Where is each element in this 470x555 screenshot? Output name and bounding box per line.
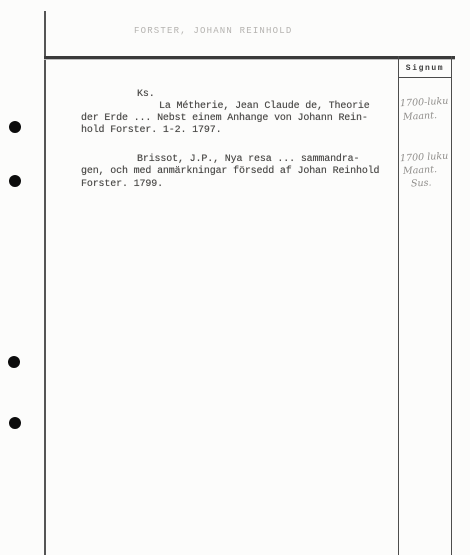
entry1-signum-handwriting: Maant.: [403, 109, 438, 124]
catalog-card-page: FORSTER, JOHANN REINHOLD Signum Ks. La M…: [0, 0, 470, 555]
entry1-classmark: Ks.: [137, 89, 155, 100]
punch-hole-icon: [9, 121, 21, 133]
entry1-line: der Erde ... Nebst einem Anhange von Joh…: [81, 113, 368, 124]
page-title: FORSTER, JOHANN REINHOLD: [134, 26, 292, 36]
entry2-signum-handwriting: Sus.: [411, 176, 432, 190]
signum-column-header: Signum: [399, 59, 451, 78]
card-top-border: [44, 56, 455, 59]
punch-hole-icon: [8, 356, 20, 368]
signum-column-divider: [398, 56, 399, 555]
entry1-line: La Métherie, Jean Claude de, Theorie: [159, 101, 370, 112]
entry1-signum-handwriting: 1700-luku: [400, 95, 449, 111]
entry1-line: hold Forster. 1-2. 1797.: [81, 125, 221, 136]
signum-header-label: Signum: [406, 64, 444, 73]
punch-hole-icon: [9, 175, 21, 187]
entry2-line: Forster. 1799.: [81, 179, 163, 190]
punch-hole-icon: [9, 417, 21, 429]
page-edge-rule: [44, 11, 46, 555]
entry2-line: Brissot, J.P., Nya resa ... sammandra-: [137, 154, 359, 165]
card-right-border: [451, 56, 452, 555]
entry2-signum-handwriting: Maant.: [403, 163, 438, 178]
entry2-line: gen, och med anmärkningar försedd af Joh…: [81, 166, 379, 177]
